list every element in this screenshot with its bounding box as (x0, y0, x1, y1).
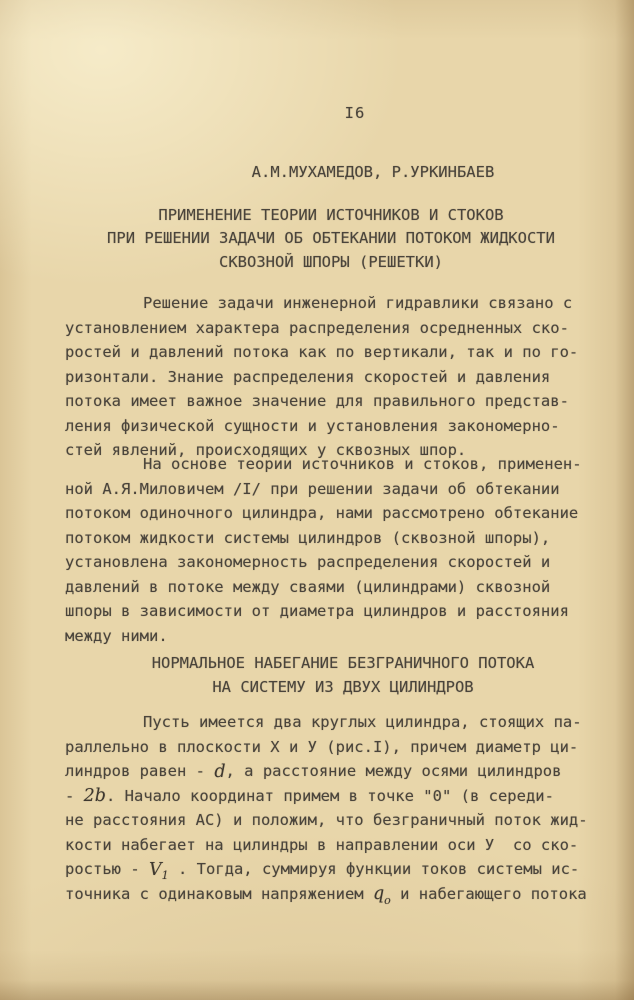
text-line: ной А.Я.Миловичем /I/ при решении задачи… (65, 477, 573, 502)
authors-line: А.М.МУХАМЕДОВ, Р.УРКИНБАЕВ (65, 160, 627, 185)
text-segment: . Начало координат примем в точке "0" (в… (106, 787, 554, 805)
text-line: Решение задачи инженерной гидравлики свя… (65, 291, 573, 316)
text-line: шпоры в зависимости от диаметра цилиндро… (65, 599, 573, 624)
paragraph-method: На основе теории источников и стоков, пр… (65, 452, 573, 648)
paragraph-setup: Пусть имеется два круглых цилиндра, стоя… (65, 710, 573, 906)
section-heading: НОРМАЛЬНОЕ НАБЕГАНИЕ БЕЗГРАНИЧНОГО ПОТОК… (65, 651, 597, 699)
authors-text: А.М.МУХАМЕДОВ, Р.УРКИНБАЕВ (119, 160, 627, 185)
paragraph-intro: Решение задачи инженерной гидравлики свя… (65, 291, 573, 463)
text-segment: ростью - (65, 860, 149, 878)
text-line: не расстояния АС) и положим, что безгран… (65, 808, 573, 833)
page-number: I6 (65, 101, 609, 126)
discharge-symbol: q (373, 884, 384, 904)
text-line: ростью - V1 . Тогда, суммируя функции то… (65, 857, 573, 882)
page-number-text: I6 (101, 101, 609, 126)
text-line: давлений в потоке между сваями (цилиндра… (65, 575, 573, 600)
text-line: линдров равен - d, а расстояние между ос… (65, 759, 573, 784)
text-line: ростей и давлений потока как по вертикал… (65, 340, 573, 365)
discharge-symbol-subscript: o (384, 894, 391, 907)
title-line: СКВОЗНОЙ ШПОРЫ (РЕШЕТКИ) (77, 251, 585, 274)
text-line: потоком одиночного цилиндра, нами рассмо… (65, 501, 573, 526)
text-line: кости набегает на цилиндры в направлении… (65, 833, 573, 858)
text-line: Пусть имеется два круглых цилиндра, стоя… (65, 710, 573, 735)
title-line: ПРИ РЕШЕНИИ ЗАДАЧИ ОБ ОБТЕКАНИИ ПОТОКОМ … (77, 227, 585, 250)
text-line: потоком жидкости системы цилиндров (скво… (65, 526, 573, 551)
text-line: между ними. (65, 624, 573, 649)
text-segment: точника с одинаковым напряжением (65, 885, 373, 903)
text-line: установлена закономерность распределения… (65, 550, 573, 575)
text-segment: , а расстояние между осями цилиндров (226, 762, 562, 780)
text-segment: . Тогда, суммируя функции токов системы … (169, 860, 580, 878)
text-line: - 2b. Начало координат примем в точке "0… (65, 784, 573, 809)
section-heading-line: НОРМАЛЬНОЕ НАБЕГАНИЕ БЕЗГРАНИЧНОГО ПОТОК… (89, 651, 597, 675)
diameter-symbol: d (214, 762, 225, 782)
text-line: потока имеет важное значение для правиль… (65, 389, 573, 414)
article-title: ПРИМЕНЕНИЕ ТЕОРИИ ИСТОЧНИКОВ И СТОКОВ ПР… (65, 204, 585, 274)
scanned-page: I6 А.М.МУХАМЕДОВ, Р.УРКИНБАЕВ ПРИМЕНЕНИЕ… (0, 0, 634, 1000)
text-line: ризонтали. Знание распределения скоросте… (65, 365, 573, 390)
axis-distance-symbol: 2b (84, 786, 106, 806)
text-line: установлением характера распределения ос… (65, 316, 573, 341)
text-line: точника с одинаковым напряжением qo и на… (65, 882, 573, 907)
velocity-symbol-subscript: 1 (162, 869, 169, 882)
velocity-symbol: V (149, 860, 162, 880)
text-line: ления физической сущности и установления… (65, 414, 573, 439)
text-segment: - (65, 787, 84, 805)
title-line: ПРИМЕНЕНИЕ ТЕОРИИ ИСТОЧНИКОВ И СТОКОВ (77, 204, 585, 227)
section-heading-line: НА СИСТЕМУ ИЗ ДВУХ ЦИЛИНДРОВ (89, 675, 597, 699)
text-line: раллельно в плоскости Х и У (рис.I), при… (65, 735, 573, 760)
text-segment: и набегающего потока (391, 885, 587, 903)
text-segment: линдров равен - (65, 762, 214, 780)
text-line: На основе теории источников и стоков, пр… (65, 452, 573, 477)
